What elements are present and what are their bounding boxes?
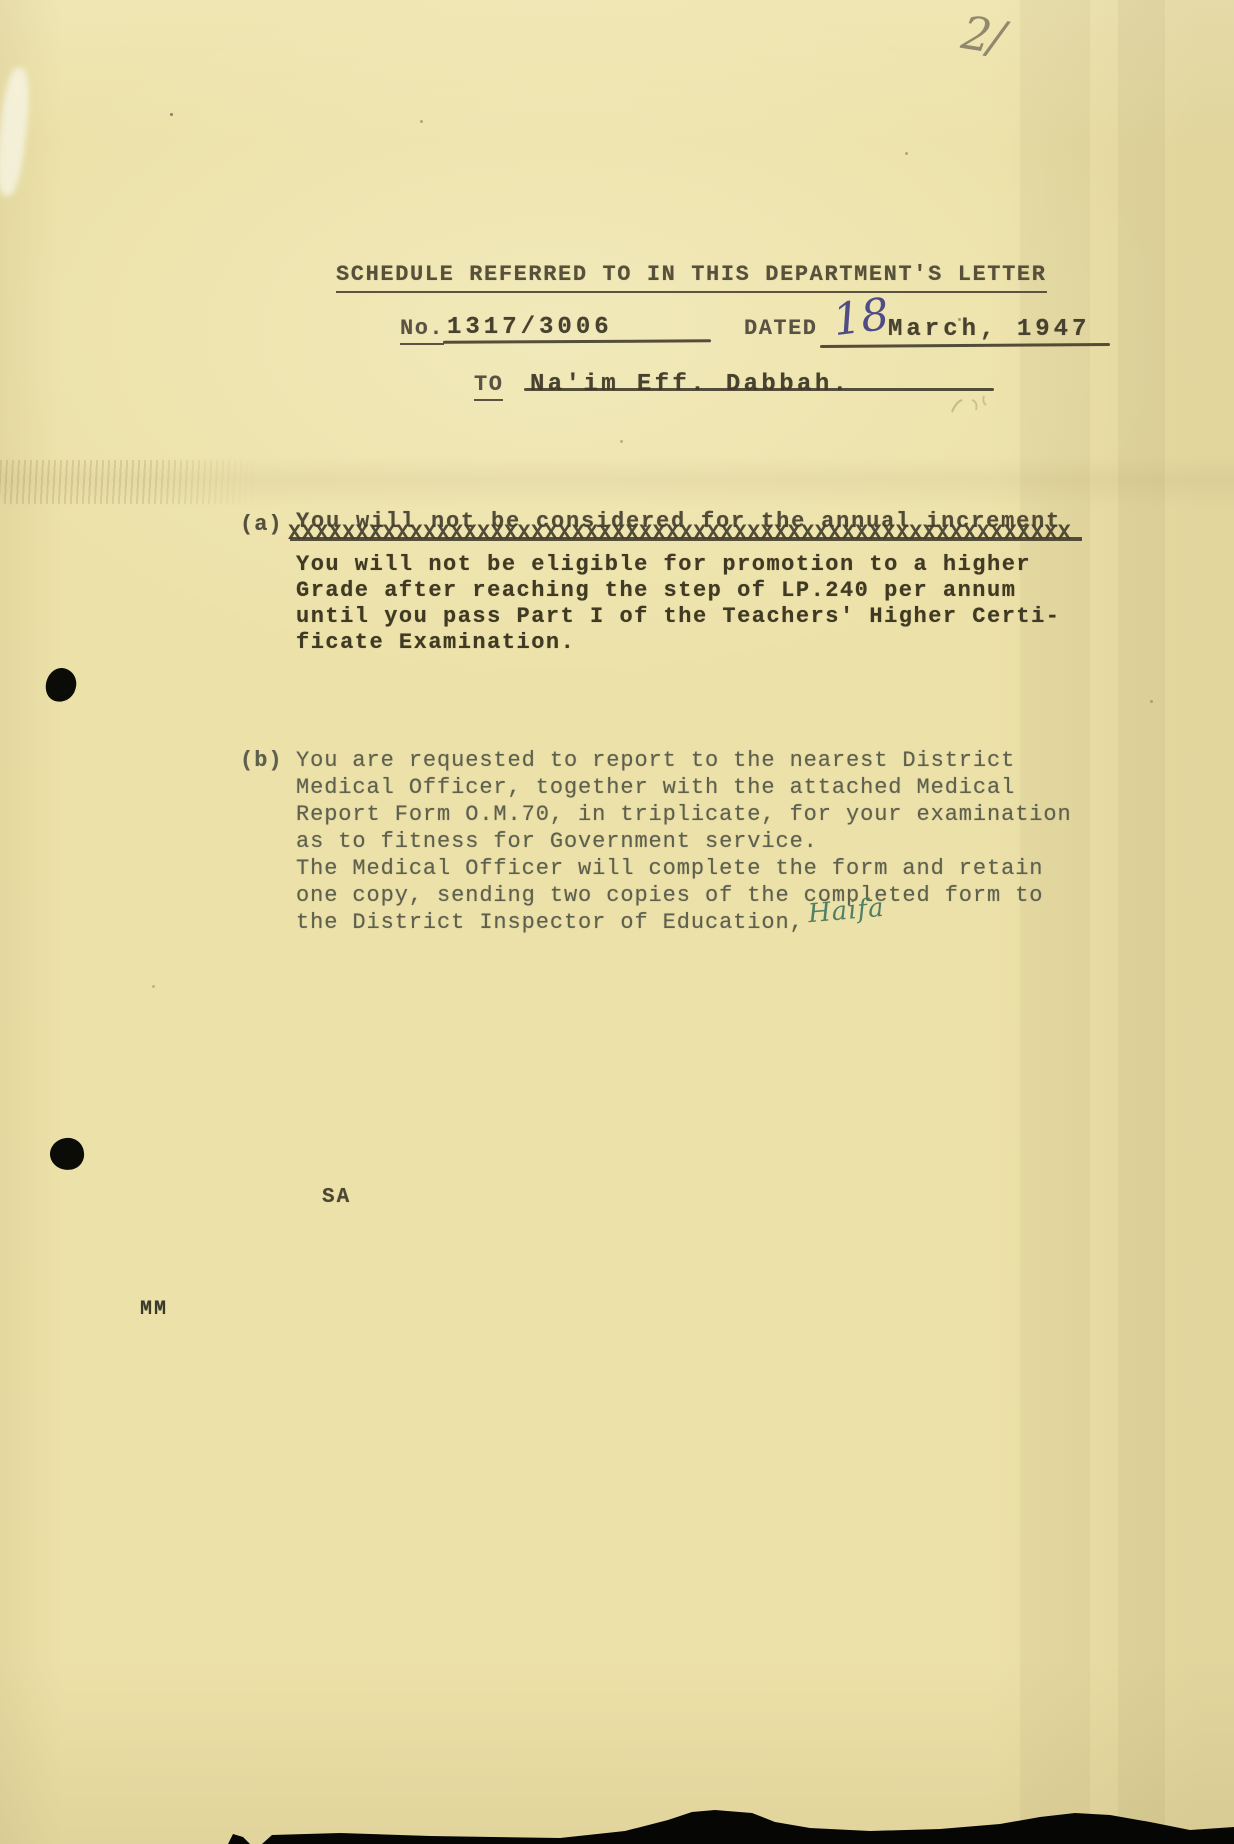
paragraph-a-line: Grade after reaching the step of LP.240 … bbox=[296, 578, 1016, 603]
scan-corner-highlight bbox=[0, 67, 33, 197]
handwritten-city: Haifa bbox=[807, 893, 886, 930]
date-value: March, 1947 bbox=[888, 316, 1090, 343]
scan-edge-artifact bbox=[0, 1800, 1234, 1844]
dated-label: DATED bbox=[744, 316, 818, 341]
pencil-annotation: 2/ bbox=[958, 5, 1007, 65]
paragraph-a-line: until you pass Part I of the Teachers' H… bbox=[296, 604, 1061, 629]
initials-mm: MM bbox=[140, 1298, 168, 1321]
paper-edge-texture bbox=[0, 460, 258, 504]
paragraph-b-line: as to fitness for Government service. bbox=[296, 829, 818, 854]
handwritten-date-day: 18 bbox=[830, 289, 892, 346]
paragraph-b-label: (b) bbox=[240, 748, 283, 773]
faint-pencil-smudge bbox=[938, 390, 1008, 420]
reference-number: 1317/3006 bbox=[447, 314, 613, 341]
paragraph-b-line: The Medical Officer will complete the fo… bbox=[296, 856, 1043, 881]
to-label: TO bbox=[474, 372, 503, 401]
strikethrough-addressee bbox=[524, 388, 994, 391]
scanned-letter-page: 2/ SCHEDULE REFERRED TO IN THIS DEPARTME… bbox=[0, 0, 1234, 1844]
paragraph-a-label: (a) bbox=[240, 512, 283, 537]
hole-punch-top bbox=[42, 665, 80, 706]
strikethrough-reference-number bbox=[443, 339, 711, 343]
document-title: SCHEDULE REFERRED TO IN THIS DEPARTMENT'… bbox=[336, 262, 1047, 293]
addressee-name: Na'im Eff. Dabbah. bbox=[530, 371, 850, 398]
paragraph-b-line: Report Form O.M.70, in triplicate, for y… bbox=[296, 802, 1072, 827]
paragraph-b-line: the District Inspector of Education, bbox=[296, 910, 804, 935]
typed-x-overstrike-row: XXXXXXXXXXXXXXXXXXXXXXXXXXXXXXXXXXXXXXXX… bbox=[288, 521, 1071, 546]
paragraph-b-line: Medical Officer, together with the attac… bbox=[296, 775, 1015, 800]
paper-specks bbox=[170, 113, 173, 116]
paragraph-a-line: ficate Examination. bbox=[296, 630, 575, 655]
paragraph-b-line: You are requested to report to the neare… bbox=[296, 748, 1015, 773]
strikethrough-date bbox=[820, 343, 1110, 348]
paragraph-a-line: You will not be eligible for promotion t… bbox=[296, 552, 1031, 577]
initials-sa: SA bbox=[322, 1186, 351, 1209]
no-label: No. bbox=[400, 316, 444, 345]
hole-punch-bottom bbox=[48, 1136, 86, 1172]
paragraph-b-line: one copy, sending two copies of the comp… bbox=[296, 883, 1043, 908]
